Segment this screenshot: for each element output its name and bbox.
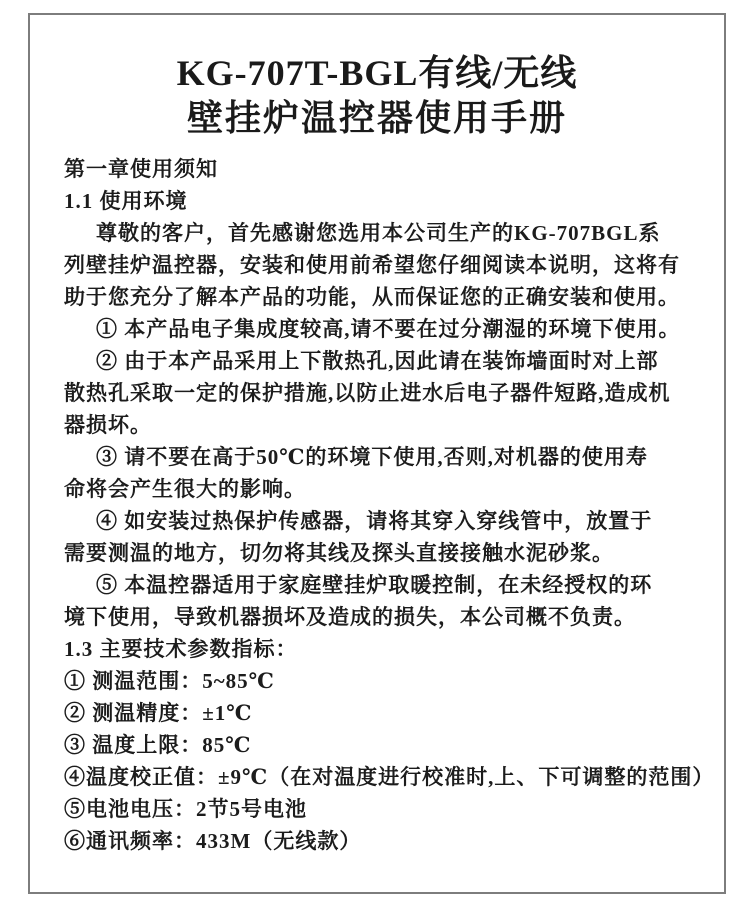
intro-line-3: 助于您充分了解本产品的功能，从而保证您的正确安装和使用。 xyxy=(64,281,698,313)
note-4-line-2: 需要测温的地方，切勿将其线及探头直接接触水泥砂浆。 xyxy=(64,537,698,569)
title-line-2: 壁挂炉温控器使用手册 xyxy=(30,96,724,141)
chapter-heading: 第一章使用须知 xyxy=(64,153,698,185)
param-4-calibration: ④温度校正值：±9℃（在对温度进行校准时,上、下可调整的范围） xyxy=(64,761,698,793)
manual-page: KG-707T-BGL有线/无线 壁挂炉温控器使用手册 第一章使用须知 1.1 … xyxy=(0,0,750,908)
manual-body: 第一章使用须知 1.1 使用环境 尊敬的客户，首先感谢您选用本公司生产的KG-7… xyxy=(64,153,698,857)
param-1-temp-range: ① 测温范围：5~85℃ xyxy=(64,665,698,697)
page-title: KG-707T-BGL有线/无线 壁挂炉温控器使用手册 xyxy=(30,51,724,141)
note-3-line-2: 命将会产生很大的影响。 xyxy=(64,473,698,505)
note-2-line-2: 散热孔采取一定的保护措施,以防止进水后电子器件短路,造成机 xyxy=(64,377,698,409)
intro-line-1: 尊敬的客户，首先感谢您选用本公司生产的KG-707BGL系 xyxy=(64,217,698,249)
note-5-line-2: 境下使用，导致机器损坏及造成的损失，本公司概不负责。 xyxy=(64,601,698,633)
param-6-frequency: ⑥通讯频率：433M（无线款） xyxy=(64,825,698,857)
note-3-line-1: ③ 请不要在高于50℃的环境下使用,否则,对机器的使用寿 xyxy=(64,441,698,473)
param-3-upper-limit: ③ 温度上限：85℃ xyxy=(64,729,698,761)
title-line-1: KG-707T-BGL有线/无线 xyxy=(30,51,724,96)
intro-line-2: 列壁挂炉温控器，安装和使用前希望您仔细阅读本说明，这将有 xyxy=(64,249,698,281)
param-2-accuracy: ② 测温精度：±1℃ xyxy=(64,697,698,729)
note-4-line-1: ④ 如安装过热保护传感器，请将其穿入穿线管中，放置于 xyxy=(64,505,698,537)
note-5-line-1: ⑤ 本温控器适用于家庭壁挂炉取暖控制，在未经授权的环 xyxy=(64,569,698,601)
note-2-line-1: ② 由于本产品采用上下散热孔,因此请在装饰墙面时对上部 xyxy=(64,345,698,377)
note-2-line-3: 器损坏。 xyxy=(64,409,698,441)
param-5-battery: ⑤电池电压：2节5号电池 xyxy=(64,793,698,825)
section-1-3-heading: 1.3 主要技术参数指标： xyxy=(64,633,698,665)
section-1-1-heading: 1.1 使用环境 xyxy=(64,185,698,217)
page-border: KG-707T-BGL有线/无线 壁挂炉温控器使用手册 第一章使用须知 1.1 … xyxy=(28,13,726,894)
note-1: ① 本产品电子集成度较高,请不要在过分潮湿的环境下使用。 xyxy=(64,313,698,345)
